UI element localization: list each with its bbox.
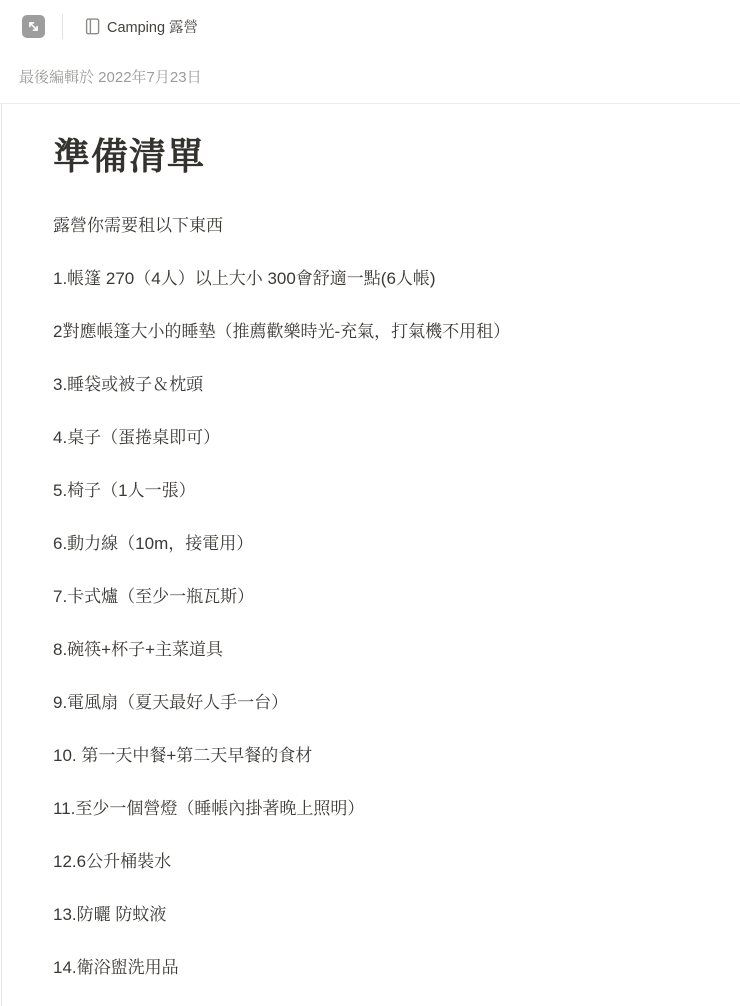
topbar: Camping 露營 最後編輯於 2022年7月23日	[0, 0, 740, 104]
expand-page-button[interactable]	[22, 15, 45, 38]
intro-paragraph[interactable]: 露營你需要租以下東西	[53, 213, 687, 238]
list-item-1[interactable]: 1.帳篷 270（4人）以上大小 300會舒適一點(6人帳)	[53, 266, 687, 291]
list-item-10[interactable]: 10. 第一天中餐+第二天早餐的食材	[53, 743, 687, 768]
expand-diagonal-icon	[26, 19, 41, 34]
breadcrumb-label: Camping 露營	[107, 16, 198, 37]
page-icon	[84, 17, 101, 36]
page-title[interactable]: 準備清單	[53, 134, 687, 180]
breadcrumb[interactable]: Camping 露營	[80, 14, 202, 39]
topbar-divider	[62, 14, 63, 39]
list-item-7[interactable]: 7.卡式爐（至少一瓶瓦斯）	[53, 584, 687, 609]
list-item-2[interactable]: 2對應帳篷大小的睡墊（推薦歡樂時光-充氣，打氣機不用租）	[53, 319, 687, 344]
list-item-6[interactable]: 6.動力線（10m，接電用）	[53, 531, 687, 556]
list-item-12[interactable]: 12.6公升桶裝水	[53, 849, 687, 874]
topbar-row: Camping 露營	[0, 0, 740, 39]
left-edge-divider	[1, 0, 2, 1006]
last-edited-text: 最後編輯於 2022年7月23日	[19, 66, 202, 87]
list-item-3[interactable]: 3.睡袋或被子＆枕頭	[53, 372, 687, 397]
list-item-5[interactable]: 5.椅子（1人一張）	[53, 478, 687, 503]
list-item-9[interactable]: 9.電風扇（夏天最好人手一台）	[53, 690, 687, 715]
list-item-4[interactable]: 4.桌子（蛋捲桌即可）	[53, 425, 687, 450]
page-content: 準備清單 露營你需要租以下東西 1.帳篷 270（4人）以上大小 300會舒適一…	[0, 134, 740, 980]
list-item-14[interactable]: 14.衛浴盥洗用品	[53, 955, 687, 980]
list-item-11[interactable]: 11.至少一個營燈（睡帳內掛著晚上照明）	[53, 796, 687, 821]
list-item-8[interactable]: 8.碗筷+杯子+主菜道具	[53, 637, 687, 662]
list-item-13[interactable]: 13.防曬 防蚊液	[53, 902, 687, 927]
